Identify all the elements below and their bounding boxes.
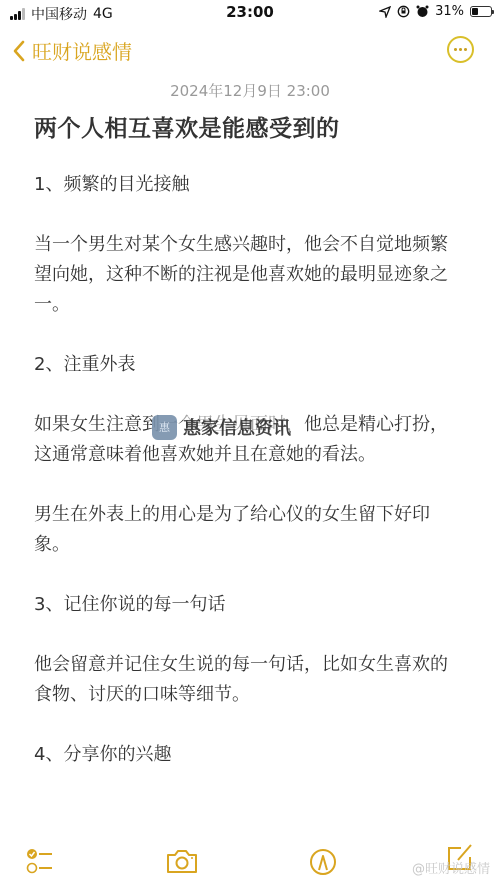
source-watermark: @旺财说感情: [412, 858, 490, 877]
back-button[interactable]: 旺财说感情: [12, 36, 132, 65]
dot: [454, 48, 457, 51]
paragraph: 男生在外表上的用心是为了给心仪的女生留下好印象。: [34, 500, 464, 560]
chevron-left-icon: [12, 40, 26, 62]
paragraph: 他会留意并记住女生说的每一句话，比如女生喜欢的食物、讨厌的口味等细节。: [34, 650, 464, 710]
watermark-text: 惠家信息资讯: [183, 414, 291, 440]
note-date: 2024年12月9日 23:00: [0, 80, 500, 101]
paragraph: 当一个男生对某个女生感兴趣时，他会不自觉地频繁望向她，这种不断的注视是他喜欢她的…: [34, 230, 464, 320]
camera-icon: [166, 848, 198, 874]
markup-icon: [309, 848, 337, 876]
camera-button[interactable]: [166, 848, 198, 878]
watermark-logo-icon: 惠: [152, 415, 177, 440]
section-heading: 2、注重外表: [34, 350, 464, 380]
checklist-button[interactable]: [26, 848, 56, 878]
dot: [459, 48, 462, 51]
nav-bar: 旺财说感情: [0, 32, 500, 72]
battery-icon: [470, 6, 492, 17]
orientation-lock-icon: [397, 5, 410, 18]
section-heading: 3、记住你说的每一句话: [34, 590, 464, 620]
back-label: 旺财说感情: [32, 36, 132, 65]
checklist-icon: [26, 848, 56, 874]
section-heading: 4、分享你的兴趣: [34, 740, 464, 770]
status-right: 31%: [379, 4, 492, 19]
battery-percent: 31%: [435, 4, 464, 19]
more-button[interactable]: [447, 36, 474, 63]
location-icon: [379, 6, 391, 18]
markup-button[interactable]: [309, 848, 337, 880]
status-bar: 中国移动 4G 23:00 31%: [0, 0, 500, 26]
section-heading: 1、频繁的目光接触: [34, 170, 464, 200]
note-title[interactable]: 两个人相互喜欢是能感受到的: [34, 110, 340, 143]
bottom-toolbar: @旺财说感情: [0, 834, 500, 889]
watermark-overlay: 惠 惠家信息资讯: [152, 414, 291, 440]
watermark-corner-text: @旺财说感情: [412, 858, 490, 877]
dot: [464, 48, 467, 51]
note-body[interactable]: 1、频繁的目光接触 当一个男生对某个女生感兴趣时，他会不自觉地频繁望向她，这种不…: [34, 170, 464, 800]
alarm-icon: [416, 5, 429, 18]
